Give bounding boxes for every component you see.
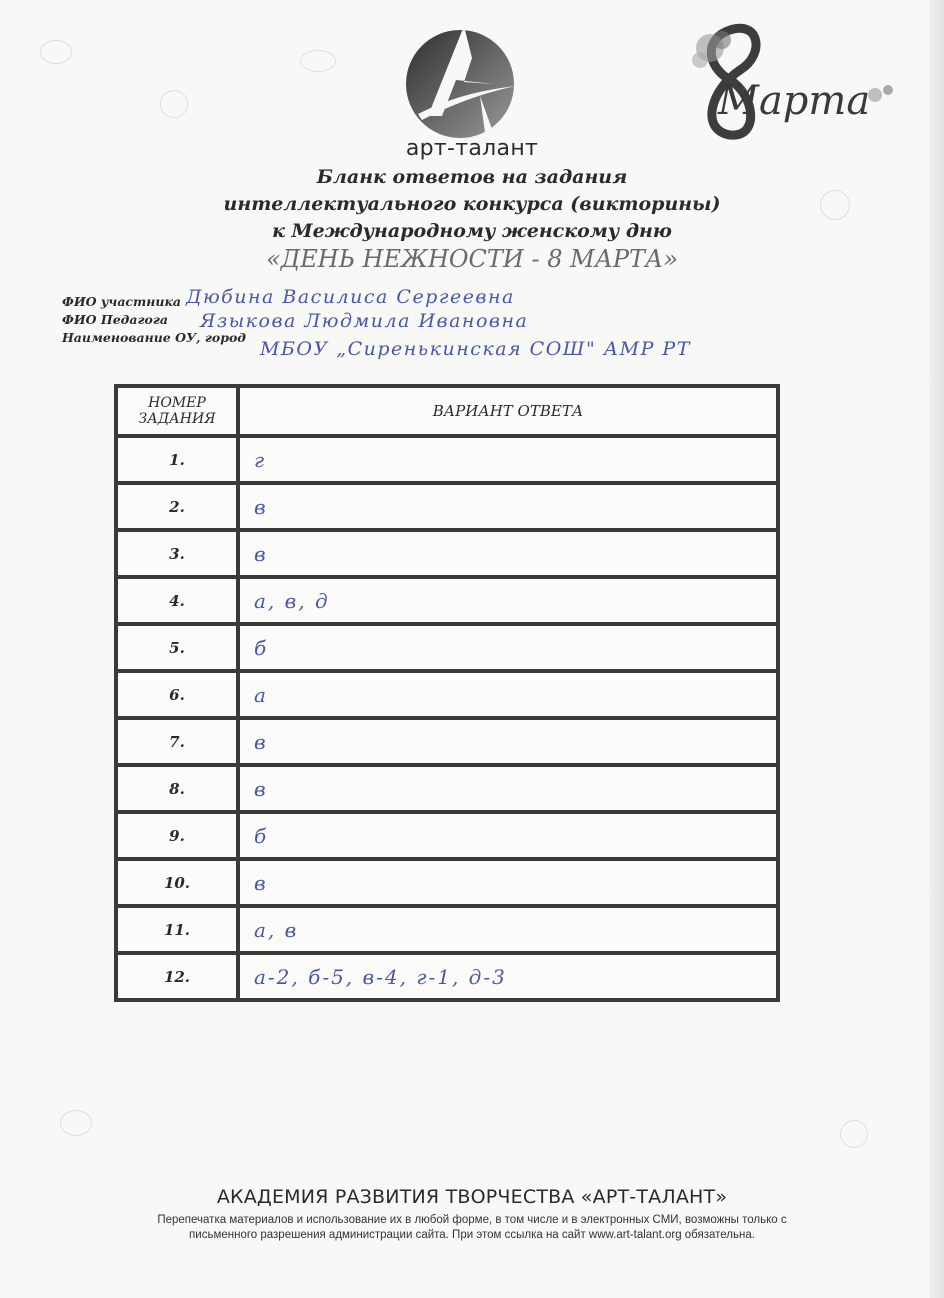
teacher-label: ФИО Педагога bbox=[62, 312, 168, 327]
contest-name: «ДЕНЬ НЕЖНОСТИ - 8 МАРТА» bbox=[0, 245, 944, 273]
table-row: 5.б bbox=[116, 624, 778, 671]
task-number: 3. bbox=[116, 530, 238, 577]
table-row: 3.в bbox=[116, 530, 778, 577]
task-number: 6. bbox=[116, 671, 238, 718]
table-row: 8.в bbox=[116, 765, 778, 812]
answer-cell[interactable]: в bbox=[238, 859, 778, 906]
participant-name-field[interactable]: Дюбина Василиса Сергеевна bbox=[186, 286, 515, 308]
answer-table: НОМЕР ЗАДАНИЯ ВАРИАНТ ОТВЕТА 1.г 2.в 3.в… bbox=[114, 384, 780, 1002]
table-row: 9.б bbox=[116, 812, 778, 859]
footer-academy-title: АКАДЕМИЯ РАЗВИТИЯ ТВОРЧЕСТВА «АРТ-ТАЛАНТ… bbox=[0, 1186, 944, 1208]
table-row: 12.а-2, б-5, в-4, г-1, д-3 bbox=[116, 953, 778, 1000]
task-number: 2. bbox=[116, 483, 238, 530]
table-row: 11.а, в bbox=[116, 906, 778, 953]
title-line-1: Бланк ответов на задания bbox=[0, 166, 944, 188]
answer-cell[interactable]: б bbox=[238, 812, 778, 859]
task-number: 1. bbox=[116, 436, 238, 483]
doodle-decoration bbox=[300, 50, 336, 72]
table-row: 10.в bbox=[116, 859, 778, 906]
march-word: Марта bbox=[718, 78, 870, 124]
table-header-row: НОМЕР ЗАДАНИЯ ВАРИАНТ ОТВЕТА bbox=[116, 386, 778, 436]
task-number: 11. bbox=[116, 906, 238, 953]
task-number: 9. bbox=[116, 812, 238, 859]
answer-cell[interactable]: в bbox=[238, 765, 778, 812]
task-number: 4. bbox=[116, 577, 238, 624]
answer-cell[interactable]: а, в bbox=[238, 906, 778, 953]
task-number: 10. bbox=[116, 859, 238, 906]
answer-cell[interactable]: б bbox=[238, 624, 778, 671]
column-header-answer: ВАРИАНТ ОТВЕТА bbox=[238, 386, 778, 436]
table-row: 2.в bbox=[116, 483, 778, 530]
table-row: 7.в bbox=[116, 718, 778, 765]
teacher-name-field[interactable]: Языкова Людмила Ивановна bbox=[200, 310, 528, 332]
school-name-field[interactable]: МБОУ „Сиренькинская СОШ" АМР РТ bbox=[260, 338, 691, 360]
task-number: 12. bbox=[116, 953, 238, 1000]
table-row: 6.а bbox=[116, 671, 778, 718]
answer-cell[interactable]: в bbox=[238, 718, 778, 765]
art-talant-logo-icon bbox=[398, 22, 522, 146]
task-number: 8. bbox=[116, 765, 238, 812]
table-row: 1.г bbox=[116, 436, 778, 483]
task-number: 5. bbox=[116, 624, 238, 671]
answer-cell[interactable]: в bbox=[238, 483, 778, 530]
title-line-3: к Международному женскому дню bbox=[0, 220, 944, 242]
answer-cell[interactable]: г bbox=[238, 436, 778, 483]
footer-copyright-line-2: письменного разрешения администрации сай… bbox=[0, 1229, 944, 1241]
answer-cell[interactable]: а, в, д bbox=[238, 577, 778, 624]
footer-copyright-line-1: Перепечатка материалов и использование и… bbox=[0, 1214, 944, 1226]
participant-label: ФИО участника bbox=[62, 294, 181, 309]
doodle-decoration bbox=[40, 40, 72, 64]
doodle-decoration bbox=[60, 1110, 92, 1136]
school-label: Наименование ОУ, город bbox=[62, 330, 246, 345]
doodle-decoration bbox=[160, 90, 188, 118]
answer-cell[interactable]: в bbox=[238, 530, 778, 577]
table-row: 4.а, в, д bbox=[116, 577, 778, 624]
column-header-number: НОМЕР ЗАДАНИЯ bbox=[116, 386, 238, 436]
answer-sheet-page: арт-талант 8 Марта Марта Бланк ответов н… bbox=[0, 0, 944, 1298]
answer-cell[interactable]: а bbox=[238, 671, 778, 718]
answer-cell[interactable]: а-2, б-5, в-4, г-1, д-3 bbox=[238, 953, 778, 1000]
title-line-2: интеллектуального конкурса (викторины) bbox=[0, 193, 944, 215]
doodle-decoration bbox=[840, 1120, 868, 1148]
task-number: 7. bbox=[116, 718, 238, 765]
